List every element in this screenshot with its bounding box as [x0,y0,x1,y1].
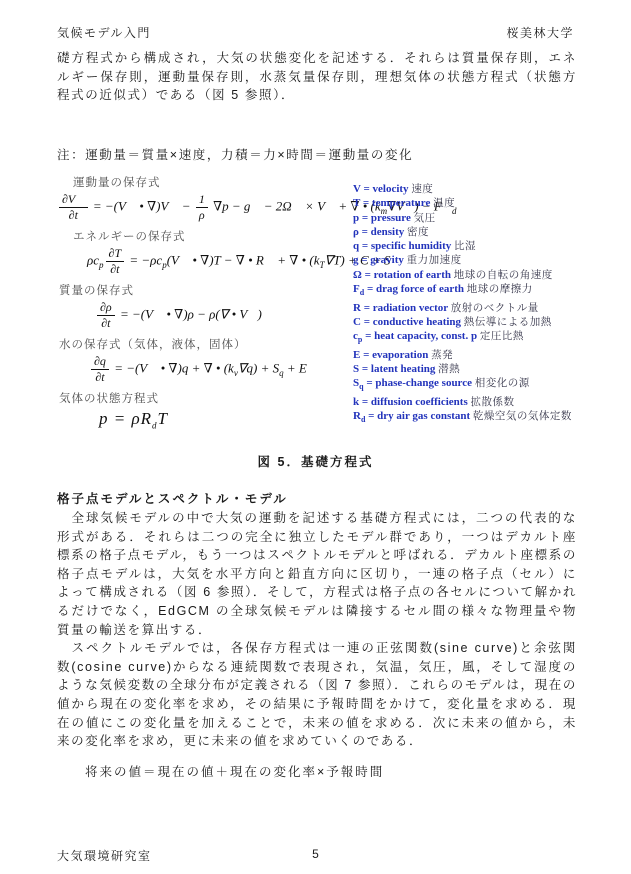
page-footer: 大気環境研究室 5 [0,847,631,861]
legend-item: Fd = drag force of earth 地球の摩擦力 [353,282,602,300]
header-document-title: 気候モデル入門 [57,24,151,41]
fraction: ∂ρ∂t [97,301,115,330]
equation-group: 質量の保存式∂ρ∂t = −(V⃗ • ∇)ρ − ρ(∇ • V⃗) [57,282,353,330]
legend-item: g = gravity 重力加速度 [353,253,602,267]
equation: ∂V⃗∂t = −(V⃗ • ∇)V⃗ − 1ρ ∇p − g⃗ − 2Ω⃗ ×… [57,193,353,222]
equation: ∂q∂t = −(V⃗ • ∇)q + ∇ • (kv∇q) + Sq + E [89,355,353,384]
header-university-name: 桜美林大学 [506,24,574,41]
figure-caption: 図 5．基礎方程式 [0,452,631,470]
section-paragraph-spectral-model: スペクトルモデルでは，各保存方程式は一連の正弦関数(sine curve)と余弦… [57,639,577,751]
variable-legend-column: V = velocity 速度T = temperature 温度p = pre… [353,168,602,435]
legend-item: k = diffusion coefficients 拡散係数 [353,395,602,409]
legend-item: S = latent heating 潜熱 [353,362,602,376]
legend-item: ρ = density 密度 [353,225,602,239]
section-heading: 格子点モデルとスペクトル・モデル [57,489,288,507]
equation-group: 気体の状態方程式p = ρRdT [57,390,353,430]
equation-label: 水の保存式（気体，液体，固体） [59,336,353,352]
equation-group: エネルギーの保存式ρcp∂T∂t = −ρcp(V⃗ • ∇)T − ∇ • R… [57,228,353,276]
legend-item: V = velocity 速度 [353,182,602,196]
equation: ∂ρ∂t = −(V⃗ • ∇)ρ − ρ(∇ • V⃗) [95,301,353,330]
legend-item: T = temperature 温度 [353,196,602,210]
legend-item: Rd = dry air gas constant 乾燥空気の気体定数 [353,409,602,427]
section-paragraph-grid-model: 全球気候モデルの中で大気の運動を記述する基礎方程式には，二つの代表的な形式がある… [57,509,577,639]
note-line: 注：運動量＝質量×速度，力積＝力×時間＝運動量の変化 [57,145,413,163]
equation-label: 質量の保存式 [59,282,353,298]
equation-group: 水の保存式（気体，液体，固体）∂q∂t = −(V⃗ • ∇)q + ∇ • (… [57,336,353,384]
legend-item: C = conductive heating 熱伝導による加熱 [353,315,602,329]
legend-item: Sq = phase-change source 相変化の源 [353,376,602,394]
legend-item: q = specific humidity 比湿 [353,239,602,253]
fraction: ∂q∂t [91,355,109,384]
future-value-formula: 将来の値＝現在の値＋現在の変化率×予報時間 [85,762,384,780]
equation-label: 運動量の保存式 [73,174,353,190]
equation: p = ρRdT [99,409,353,430]
fraction: ∂V⃗∂t [59,193,88,222]
intro-paragraph: 礎方程式から構成され，大気の状態変化を記述する．それらは質量保存則，エネルギー保… [57,49,577,105]
legend-item: E = evaporation 蒸発 [353,348,602,362]
document-page: 気候モデル入門 桜美林大学 礎方程式から構成され，大気の状態変化を記述する．それ… [0,0,631,874]
legend-item: p = pressure 気圧 [353,211,602,225]
equation-group: 運動量の保存式∂V⃗∂t = −(V⃗ • ∇)V⃗ − 1ρ ∇p − g⃗ … [57,174,353,222]
legend-item: Ω = rotation of earth 地球の自転の角速度 [353,268,602,282]
section-body: 全球気候モデルの中で大気の運動を記述する基礎方程式には，二つの代表的な形式がある… [57,509,577,751]
equation-label: 気体の状態方程式 [59,390,353,406]
equation: ρcp∂T∂t = −ρcp(V⃗ • ∇)T − ∇ • R⃗ + ∇ • (… [87,247,353,276]
footer-lab-name: 大気環境研究室 [57,847,152,864]
page-header: 気候モデル入門 桜美林大学 [57,24,574,41]
fraction: ∂T∂t [106,247,125,276]
figure-basic-equations: 運動量の保存式∂V⃗∂t = −(V⃗ • ∇)V⃗ − 1ρ ∇p − g⃗ … [57,168,602,435]
equation-label: エネルギーの保存式 [73,228,353,244]
legend-item: cp = heat capacity, const. p 定圧比熱 [353,329,602,347]
equations-column: 運動量の保存式∂V⃗∂t = −(V⃗ • ∇)V⃗ − 1ρ ∇p − g⃗ … [57,168,353,435]
legend-item: R = radiation vector 放射のベクトル量 [353,301,602,315]
fraction: 1ρ [196,193,208,222]
